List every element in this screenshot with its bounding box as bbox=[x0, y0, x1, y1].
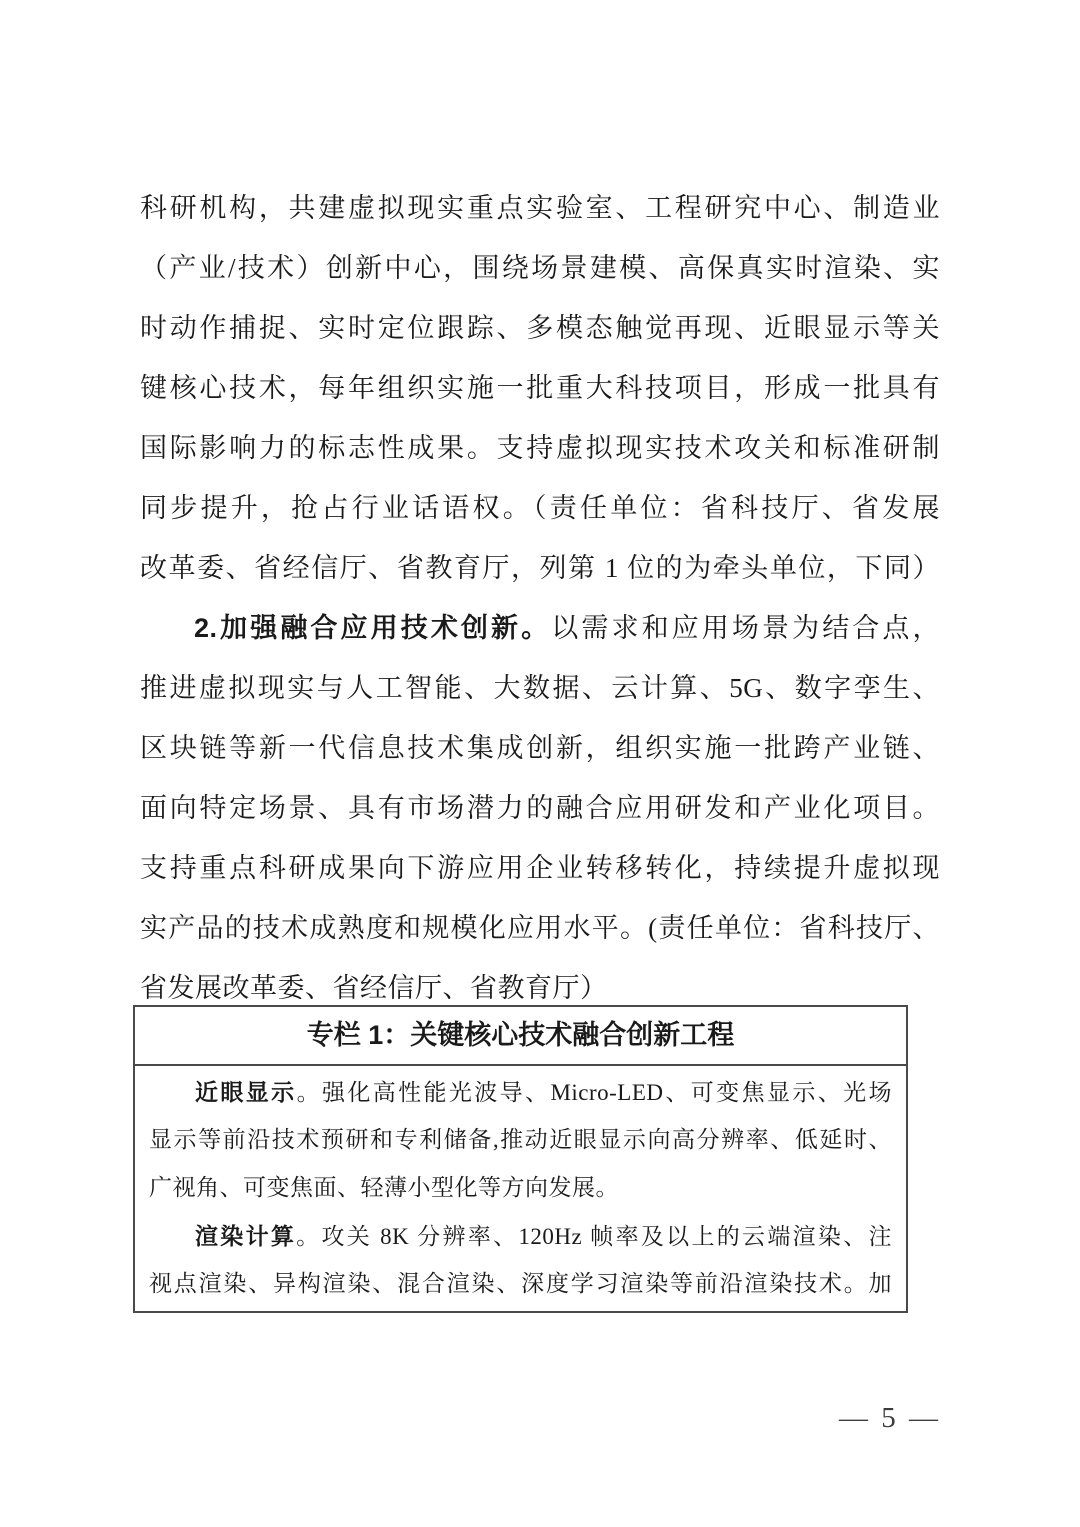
text-segment: 区块链等新一代信息技术集成创新，组织实施一批跨产业链、 bbox=[140, 733, 940, 763]
text-segment: 视点渲染、异构渲染、混合渲染、深度学习渲染等前沿渲染技术。加 bbox=[149, 1271, 892, 1296]
text-segment: 以需求和应用场景为结合点， bbox=[551, 613, 940, 643]
text-segment: 省发展改革委、省经信厅、省教育厅） bbox=[140, 973, 608, 1003]
text-segment: 国际影响力的标志性成果。支持虚拟现实技术攻关和标准研制 bbox=[140, 433, 940, 463]
bold-text-segment: 2.加强融合应用技术创新。 bbox=[194, 613, 551, 643]
text-line: 近眼显示。强化高性能光波导、Micro-LED、可变焦显示、光场 bbox=[149, 1068, 892, 1116]
text-segment: 推进虚拟现实与人工智能、大数据、云计算、5G、数字孪生、 bbox=[140, 673, 940, 703]
bold-text-segment: 近眼显示 bbox=[195, 1079, 297, 1105]
text-line: 键核心技术，每年组织实施一批重大科技项目，形成一批具有 bbox=[140, 358, 940, 418]
callout-box-title: 专栏 1：关键核心技术融合创新工程 bbox=[135, 1007, 906, 1066]
text-segment: 面向特定场景、具有市场潜力的融合应用研发和产业化项目。 bbox=[140, 793, 940, 823]
text-segment: 时动作捕捉、实时定位跟踪、多模态触觉再现、近眼显示等关 bbox=[140, 313, 940, 343]
text-line: 国际影响力的标志性成果。支持虚拟现实技术攻关和标准研制 bbox=[140, 418, 940, 478]
text-line: 面向特定场景、具有市场潜力的融合应用研发和产业化项目。 bbox=[140, 778, 940, 838]
text-line: 视点渲染、异构渲染、混合渲染、深度学习渲染等前沿渲染技术。加 bbox=[149, 1260, 892, 1308]
bold-text-segment: 渲染计算 bbox=[195, 1223, 296, 1249]
text-segment: 同步提升，抢占行业话语权。（责任单位：省科技厅、省发展 bbox=[140, 493, 940, 523]
text-segment: 显示等前沿技术预研和专利储备,推动近眼显示向高分辨率、低延时、 bbox=[149, 1127, 892, 1152]
text-segment: 广视角、可变焦面、轻薄小型化等方向发展。 bbox=[149, 1175, 619, 1200]
text-line: 广视角、可变焦面、轻薄小型化等方向发展。 bbox=[149, 1164, 892, 1212]
text-segment: 改革委、省经信厅、省教育厅，列第 1 位的为牵头单位，下同） bbox=[140, 553, 940, 583]
text-line: 时动作捕捉、实时定位跟踪、多模态触觉再现、近眼显示等关 bbox=[140, 298, 940, 358]
text-segment: 实产品的技术成熟度和规模化应用水平。(责任单位：省科技厅、 bbox=[140, 913, 940, 943]
text-line: 区块链等新一代信息技术集成创新，组织实施一批跨产业链、 bbox=[140, 718, 940, 778]
text-line: 科研机构，共建虚拟现实重点实验室、工程研究中心、制造业 bbox=[140, 178, 940, 238]
text-line: （产业/技术）创新中心，围绕场景建模、高保真实时渲染、实 bbox=[140, 238, 940, 298]
text-segment: （产业/技术）创新中心，围绕场景建模、高保真实时渲染、实 bbox=[140, 253, 940, 283]
callout-box-content: 近眼显示。强化高性能光波导、Micro-LED、可变焦显示、光场显示等前沿技术预… bbox=[135, 1066, 906, 1311]
text-line: 显示等前沿技术预研和专利储备,推动近眼显示向高分辨率、低延时、 bbox=[149, 1116, 892, 1164]
text-line: 2.加强融合应用技术创新。以需求和应用场景为结合点， bbox=[140, 598, 940, 658]
text-segment: 。攻关 8K 分辨率、120Hz 帧率及以上的云端渲染、注 bbox=[296, 1224, 892, 1249]
page-number: — 5 — bbox=[800, 1398, 980, 1438]
callout-box: 专栏 1：关键核心技术融合创新工程 近眼显示。强化高性能光波导、Micro-LE… bbox=[133, 1005, 908, 1313]
document-page: 科研机构，共建虚拟现实重点实验室、工程研究中心、制造业（产业/技术）创新中心，围… bbox=[0, 0, 1080, 1527]
text-line: 渲染计算。攻关 8K 分辨率、120Hz 帧率及以上的云端渲染、注 bbox=[149, 1212, 892, 1260]
text-segment: 。强化高性能光波导、Micro-LED、可变焦显示、光场 bbox=[297, 1080, 892, 1105]
text-line: 同步提升，抢占行业话语权。（责任单位：省科技厅、省发展 bbox=[140, 478, 940, 538]
text-line: 实产品的技术成熟度和规模化应用水平。(责任单位：省科技厅、 bbox=[140, 898, 940, 958]
text-segment: 科研机构，共建虚拟现实重点实验室、工程研究中心、制造业 bbox=[140, 193, 940, 223]
text-line: 支持重点科研成果向下游应用企业转移转化，持续提升虚拟现 bbox=[140, 838, 940, 898]
text-segment: 支持重点科研成果向下游应用企业转移转化，持续提升虚拟现 bbox=[140, 853, 940, 883]
body-text: 科研机构，共建虚拟现实重点实验室、工程研究中心、制造业（产业/技术）创新中心，围… bbox=[140, 178, 940, 1018]
text-line: 推进虚拟现实与人工智能、大数据、云计算、5G、数字孪生、 bbox=[140, 658, 940, 718]
text-line: 改革委、省经信厅、省教育厅，列第 1 位的为牵头单位，下同） bbox=[140, 538, 940, 598]
text-segment: 键核心技术，每年组织实施一批重大科技项目，形成一批具有 bbox=[140, 373, 940, 403]
